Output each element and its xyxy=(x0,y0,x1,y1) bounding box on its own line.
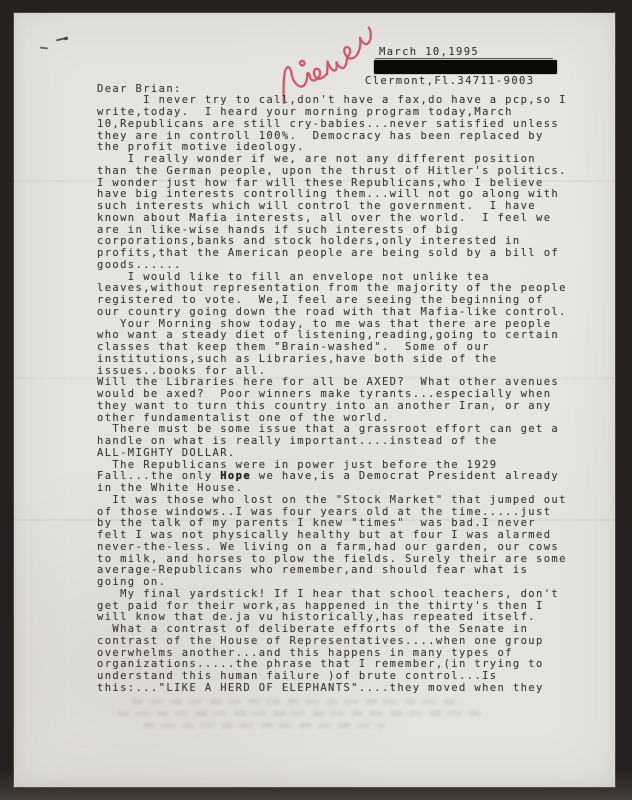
letter-line: contrast of the House of Representatives… xyxy=(97,636,567,648)
letter-line: never-the-less. We living on a farm,had … xyxy=(97,542,567,554)
letter-line: felt I was not physically healthy but at… xyxy=(97,530,567,542)
letter-line: classes that keep them "Brain-washed". S… xyxy=(97,342,567,354)
bold-word: Hope xyxy=(220,470,251,482)
letter-line: they want to turn this country into an a… xyxy=(97,401,567,413)
letter-text-segment: Fall...the only xyxy=(97,470,220,482)
bleed-through-smudge xyxy=(144,723,384,728)
pen-scratch-mark xyxy=(64,37,69,41)
letter-line: It was those who lost on the "Stock Mark… xyxy=(97,495,567,507)
bleed-through-smudge xyxy=(132,699,462,704)
pen-scratch-mark xyxy=(40,47,48,50)
letter-line: profits,that the American people are bei… xyxy=(97,248,567,260)
letter-line: goods...... xyxy=(97,260,567,272)
letter-line: What a contrast of deliberate efforts of… xyxy=(97,624,567,636)
letter-line: known about Mafia interests, all over th… xyxy=(97,213,567,225)
letter-line: write,today. I heard your morning progra… xyxy=(97,107,567,119)
letter-line: My final yardstick! If I hear that schoo… xyxy=(97,589,567,601)
letter-line: would be axed? Poor winners make tyrants… xyxy=(97,389,567,401)
letter-line: our country going down the road with tha… xyxy=(97,307,567,319)
letter-line: institutions,such as Libraries,have both… xyxy=(97,354,567,366)
letter-line: 10,Republicans are still cry-babies...ne… xyxy=(97,119,567,131)
letter-line: such interests which will control the go… xyxy=(97,201,567,213)
letter-line: this:..."LIKE A HERD OF ELEPHANTS"....th… xyxy=(97,683,567,695)
letter-text-segment: we have,is a Democrat President already xyxy=(251,470,559,482)
letter-body: Dear Brian: I never try to call,don't ha… xyxy=(97,84,567,695)
letter-date: March 10,1995 xyxy=(379,46,479,58)
letter-line: understand this human failure )of brute … xyxy=(97,671,567,683)
letter-line: in the White House. xyxy=(97,483,567,495)
redacted-address-bar xyxy=(374,60,557,74)
letter-line: I really wonder if we, are not any diffe… xyxy=(97,154,567,166)
letter-page: March 10,1995 Clermont,Fl.34711-9003 Dea… xyxy=(14,13,615,787)
bleed-through-smudge xyxy=(118,711,486,716)
letter-line: going on. xyxy=(97,577,567,589)
letter-line: than the German people, upon the thrust … xyxy=(97,166,567,178)
letter-line: registered to vote. We,I feel are seeing… xyxy=(97,295,567,307)
letter-line: ALL-MIGHTY DOLLAR. xyxy=(97,448,567,460)
scanned-document-view: March 10,1995 Clermont,Fl.34711-9003 Dea… xyxy=(0,0,632,800)
letter-line: handle on what is really important....in… xyxy=(97,436,567,448)
letter-line: average-Republicans who remember,and sho… xyxy=(97,565,567,577)
